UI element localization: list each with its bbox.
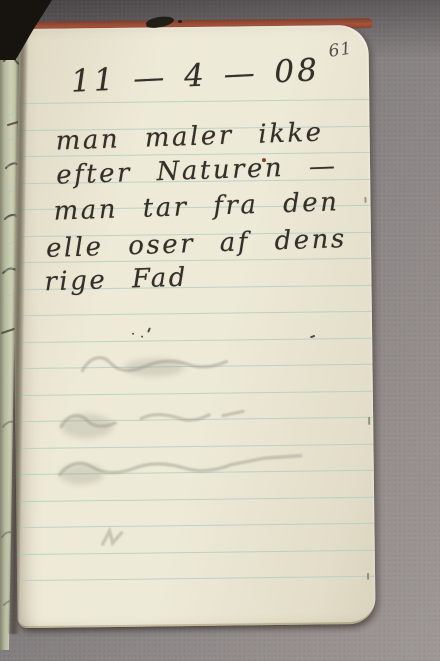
faint-pencil-strokes <box>10 25 375 628</box>
ruled-line <box>14 311 372 316</box>
ruled-line <box>17 549 375 554</box>
date-heading: 11 — 4 — 08 <box>70 52 320 100</box>
ruled-line <box>16 470 374 475</box>
page-edge-speck <box>367 573 369 580</box>
ruled-line <box>16 523 374 528</box>
ruled-line <box>17 576 375 581</box>
page-number: 61 <box>327 39 353 62</box>
ruled-line <box>15 417 373 422</box>
ruled-line <box>15 443 373 448</box>
ink-speck <box>141 336 143 338</box>
handwriting-line: man tar fra den <box>53 187 340 226</box>
handwriting-line: efter Naturen — <box>56 151 338 190</box>
ruled-line <box>14 337 372 342</box>
ruled-line <box>11 99 369 104</box>
handwriting-line: rige Fad <box>44 263 188 298</box>
ruled-line <box>15 390 373 395</box>
ruled-line <box>16 496 374 501</box>
ink-speck <box>147 327 151 332</box>
handwriting-line: man maler ikke <box>55 118 324 157</box>
rust-ink-dot <box>262 158 266 162</box>
page-edge-speck <box>364 197 366 203</box>
page-edge-speck <box>368 417 370 425</box>
ink-blot-dot <box>178 20 182 23</box>
ruled-line <box>14 364 372 369</box>
photo-scene: 61 11 — 4 — 08 man maler ikke efter Natu… <box>0 0 440 661</box>
ink-speck <box>132 333 134 335</box>
notebook-page: 61 11 — 4 — 08 man maler ikke efter Natu… <box>10 25 375 628</box>
